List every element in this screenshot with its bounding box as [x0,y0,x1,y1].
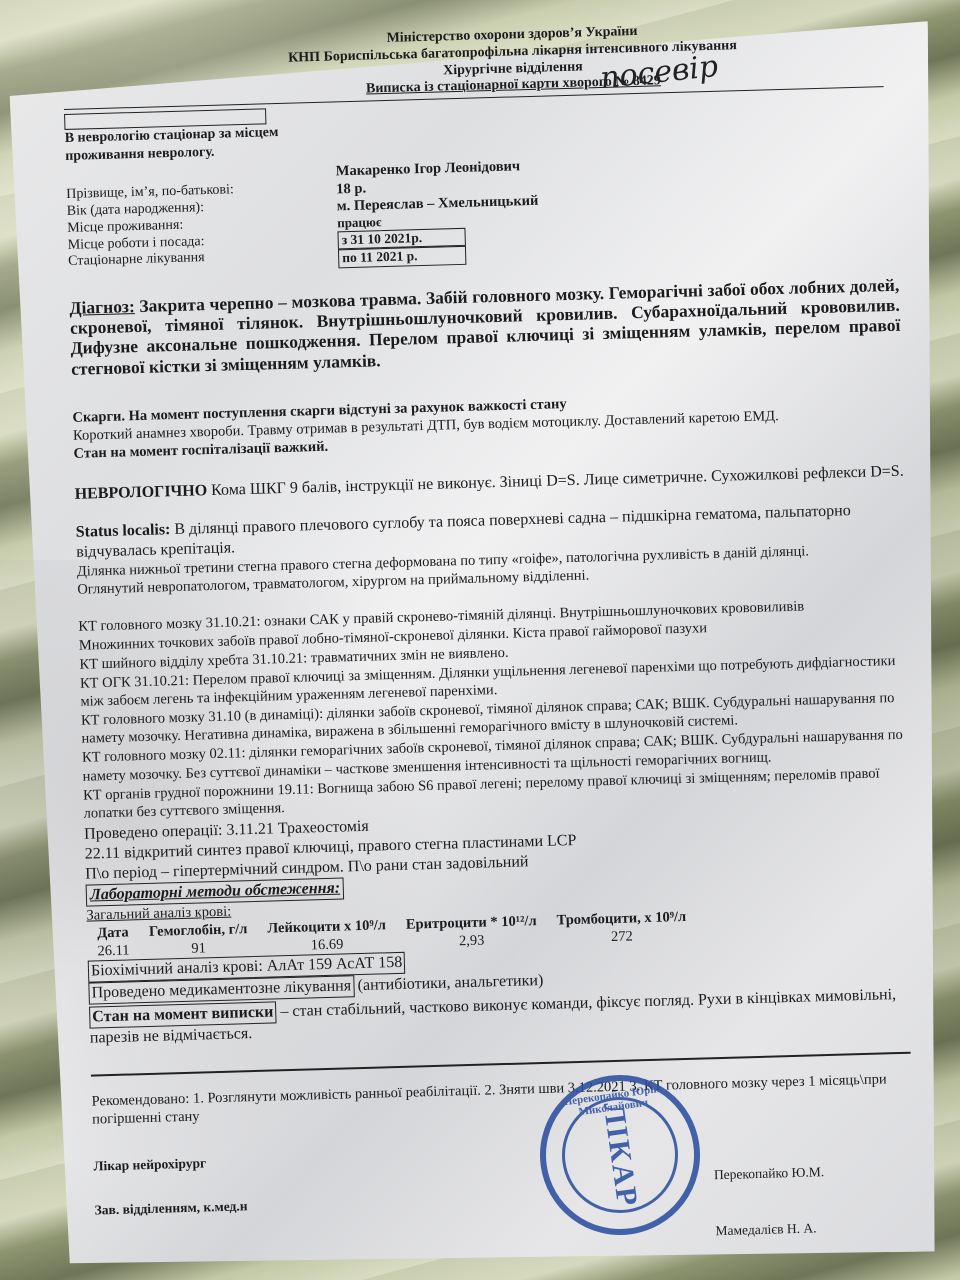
referral-route: В неврологію стаціонар за місцем прожива… [65,123,326,165]
neuro-label: НЕВРОЛОГІЧНО [74,482,207,503]
patient-values: Макаренко Ігор Леонідович 18 р. м. Перея… [336,158,541,268]
signature-block: Лікар нейрохірург Зав. відділенням, к.ме… [93,1136,926,1279]
head-title: Зав. відділенням, к.мед.н [94,1199,247,1220]
patient-labels: Прізвище, ім’я, по-батькові: Вік (дата н… [66,164,339,276]
patient-info: Прізвище, ім’я, по-батькові: Вік (дата н… [66,148,899,276]
cbc-cell: 26.11 [87,941,140,961]
status-localis-label: Status localis: [76,521,171,541]
cbc-column-header: Дата [87,925,140,942]
stamp-center-text: ЛІКАР [596,1100,644,1209]
status-localis: Status localis: В ділянці правого плечов… [75,500,907,599]
discharge-document: Міністерство охорони здоров’я України КН… [62,17,926,1279]
doctor-title: Лікар нейрохірург [93,1156,206,1176]
cbc-column-header: Гемоглобін, г/л [139,922,258,941]
neuro-status: НЕВРОЛОГІЧНО Кома ШКГ 9 балів, інструкці… [74,462,904,505]
diagnosis-text: Закрита черепно – мозкова травма. Забій … [70,274,901,378]
doctor-name: Перекопайко Ю.М. [714,1165,825,1185]
diagnosis: Діагноз: Закрита черепно – мозкова травм… [69,274,901,378]
head-name: Мамедалієв Н. А. [715,1221,816,1241]
diagnosis-label: Діагноз: [69,296,135,318]
stay-to: по 11 2021 р. [338,246,466,268]
complaints-label: Скарги. [72,408,125,425]
complaints: Скарги. На момент поступлення скарги від… [72,386,903,464]
lab-section: Лабораторні методи обстеження: Загальний… [86,861,919,1004]
recommendation: Рекомендовано: 1. Розглянути можливість … [91,1070,922,1129]
ct-results: КТ головного мозку 31.10.21: ознаки САК … [78,594,913,822]
neuro-text: Кома ШКГ 9 балів, інструкції не виконує.… [211,463,904,499]
treatment-text: (антибіотики, анальгетики) [357,972,543,994]
